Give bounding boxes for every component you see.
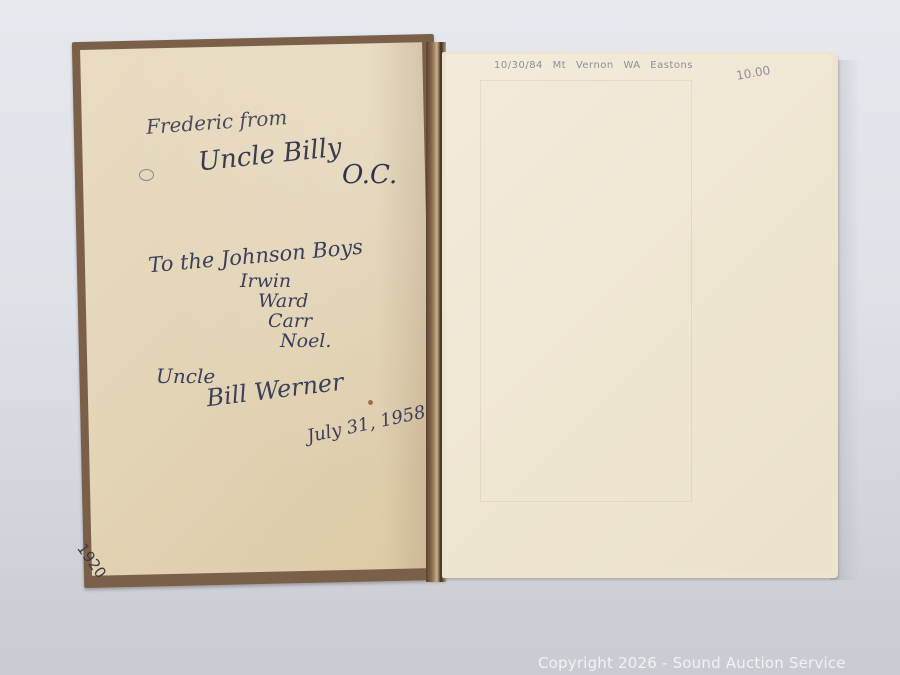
- foxing-spot: [368, 400, 373, 405]
- inscription-name-carr: Carr: [268, 310, 312, 332]
- pencil-provenance-note: 10/30/84 Mt Vernon WA Eastons: [494, 60, 693, 71]
- inscription-name-noel: Noel.: [280, 330, 331, 352]
- inscription-name-ward: Ward: [258, 290, 308, 312]
- faint-page-impression: [480, 80, 692, 502]
- copyright-watermark: Copyright 2026 - Sound Auction Service: [538, 654, 846, 672]
- inscription-name-irwin: Irwin: [240, 270, 291, 292]
- small-circle-mark: [139, 169, 154, 181]
- photo-scene: Frederic from Uncle Billy O.C. To the Jo…: [0, 0, 900, 675]
- inscription-initials: O.C.: [342, 160, 397, 190]
